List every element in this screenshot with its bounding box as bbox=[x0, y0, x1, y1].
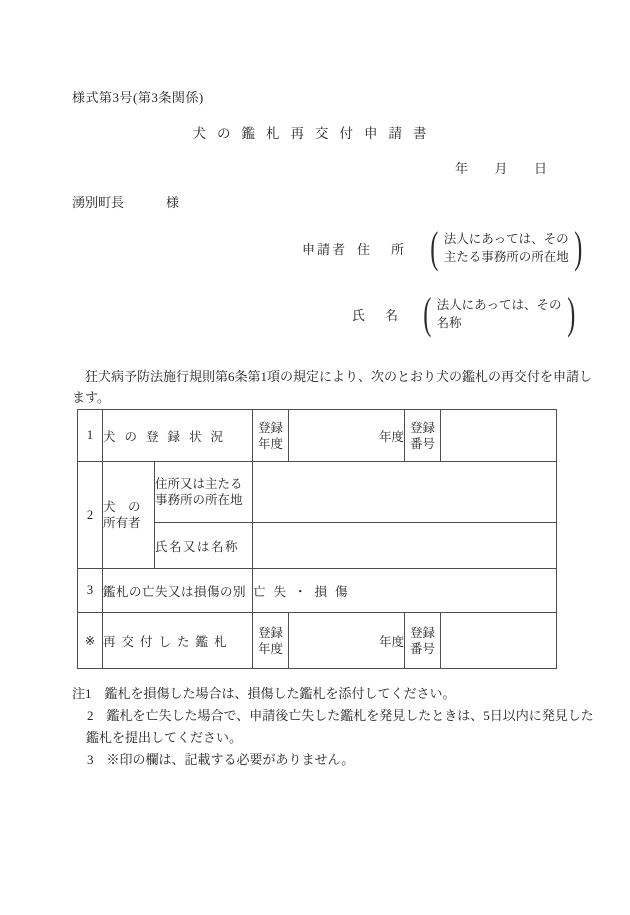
open-bracket: ( bbox=[430, 228, 438, 268]
owner-name-label: 氏名又は名称 bbox=[155, 523, 253, 569]
applicant-address-note: 法人にあっては、その 主たる事務所の所在地 bbox=[442, 230, 571, 266]
reissued-number-header: 登録 番号 bbox=[405, 613, 441, 669]
address-note-line-1: 法人にあっては、その bbox=[444, 230, 569, 248]
form-number: 様式第3号(第3条関係) bbox=[72, 87, 204, 106]
footnote-1: 注1 鑑札を損傷した場合は、損傷した鑑札を添付してください。 bbox=[72, 683, 594, 705]
body-line-1: 狂犬病予防法施行規則第6条第1項の規定により、次のとおり犬の鑑札の再交付を申請し bbox=[72, 366, 577, 387]
address-note-line-2: 主たる事務所の所在地 bbox=[444, 248, 569, 266]
row-dog-registration: 1 犬の登録状況 登録 年度 年度 登録 番号 bbox=[78, 410, 557, 462]
loss-damage-value: 亡失・損傷 bbox=[253, 569, 557, 613]
name-note-line-2: 名称 bbox=[437, 314, 562, 332]
applicant-name-line: 氏名 ( 法人にあっては、その 名称 ) bbox=[352, 294, 578, 334]
registration-year-header: 登録 年度 bbox=[253, 410, 289, 462]
applicant-address-label: 住所 bbox=[357, 239, 425, 258]
row-number: ※ bbox=[78, 613, 103, 669]
close-bracket: ) bbox=[574, 228, 582, 268]
addressee-honorific: 様 bbox=[166, 195, 179, 210]
footnote-2-continued: 鑑札を提出してください。 bbox=[72, 727, 594, 749]
applicant-address-line: 申請者 住所 ( 法人にあっては、その 主たる事務所の所在地 ) bbox=[302, 228, 585, 268]
reissued-year-field: 年度 bbox=[289, 613, 405, 669]
owner-address-label: 住所又は主たる 事務所の所在地 bbox=[155, 462, 253, 523]
body-paragraph: 狂犬病予防法施行規則第6条第1項の規定により、次のとおり犬の鑑札の再交付を申請し… bbox=[72, 366, 577, 408]
addressee-name: 湧別町長 bbox=[72, 195, 124, 210]
row-loss-or-damage: 3 鑑札の亡失又は損傷の別 亡失・損傷 bbox=[78, 569, 557, 613]
body-line-2: ます。 bbox=[72, 387, 577, 408]
addressee-line: 湧別町長様 bbox=[72, 192, 179, 211]
dog-registration-label: 犬の登録状況 bbox=[103, 410, 253, 462]
row-number: 3 bbox=[78, 569, 103, 613]
page-title: 犬の鑑札再交付申請書 bbox=[0, 122, 630, 142]
row-reissued-license: ※ 再交付した鑑札 登録 年度 年度 登録 番号 bbox=[78, 613, 557, 669]
reissued-year-header: 登録 年度 bbox=[253, 613, 289, 669]
date-line: 年 月 日 bbox=[455, 158, 547, 177]
loss-damage-label: 鑑札の亡失又は損傷の別 bbox=[103, 569, 253, 613]
registration-year-field: 年度 bbox=[289, 410, 405, 462]
date-year-label: 年 bbox=[455, 158, 468, 177]
row-owner-address: 2 犬 の 所有者 住所又は主たる 事務所の所在地 bbox=[78, 462, 557, 523]
applicant-name-label: 氏名 bbox=[352, 305, 418, 324]
date-month-label: 月 bbox=[494, 158, 507, 177]
name-note-line-1: 法人にあっては、その bbox=[437, 296, 562, 314]
application-form-page: 様式第3号(第3条関係) 犬の鑑札再交付申請書 年 月 日 湧別町長様 申請者 … bbox=[0, 0, 630, 915]
year-suffix: 年度 bbox=[379, 430, 404, 444]
footnote-3: 3 ※印の欄は、記載する必要がありません。 bbox=[72, 749, 594, 771]
reissued-number-field bbox=[441, 613, 557, 669]
owner-name-field bbox=[253, 523, 557, 569]
open-bracket: ( bbox=[423, 294, 431, 334]
close-bracket: ) bbox=[567, 294, 575, 334]
registration-number-header: 登録 番号 bbox=[405, 410, 441, 462]
dog-owner-label: 犬 の 所有者 bbox=[103, 462, 155, 569]
owner-address-field bbox=[253, 462, 557, 523]
footnote-2: 2 鑑札を亡失した場合で、申請後亡失した鑑札を発見したときは、5日以内に発見した bbox=[72, 705, 594, 727]
registration-number-field bbox=[441, 410, 557, 462]
applicant-name-note: 法人にあっては、その 名称 bbox=[435, 296, 564, 332]
row-number: 2 bbox=[78, 462, 103, 569]
row-number: 1 bbox=[78, 410, 103, 462]
year-suffix: 年度 bbox=[379, 635, 404, 649]
application-table: 1 犬の登録状況 登録 年度 年度 登録 番号 2 犬 の 所有者 住所又は主た… bbox=[77, 409, 557, 669]
footnotes: 注1 鑑札を損傷した場合は、損傷した鑑札を添付してください。 2 鑑札を亡失した… bbox=[72, 683, 594, 771]
reissued-license-label: 再交付した鑑札 bbox=[103, 613, 253, 669]
date-day-label: 日 bbox=[534, 158, 547, 177]
applicant-label: 申請者 bbox=[302, 239, 347, 258]
